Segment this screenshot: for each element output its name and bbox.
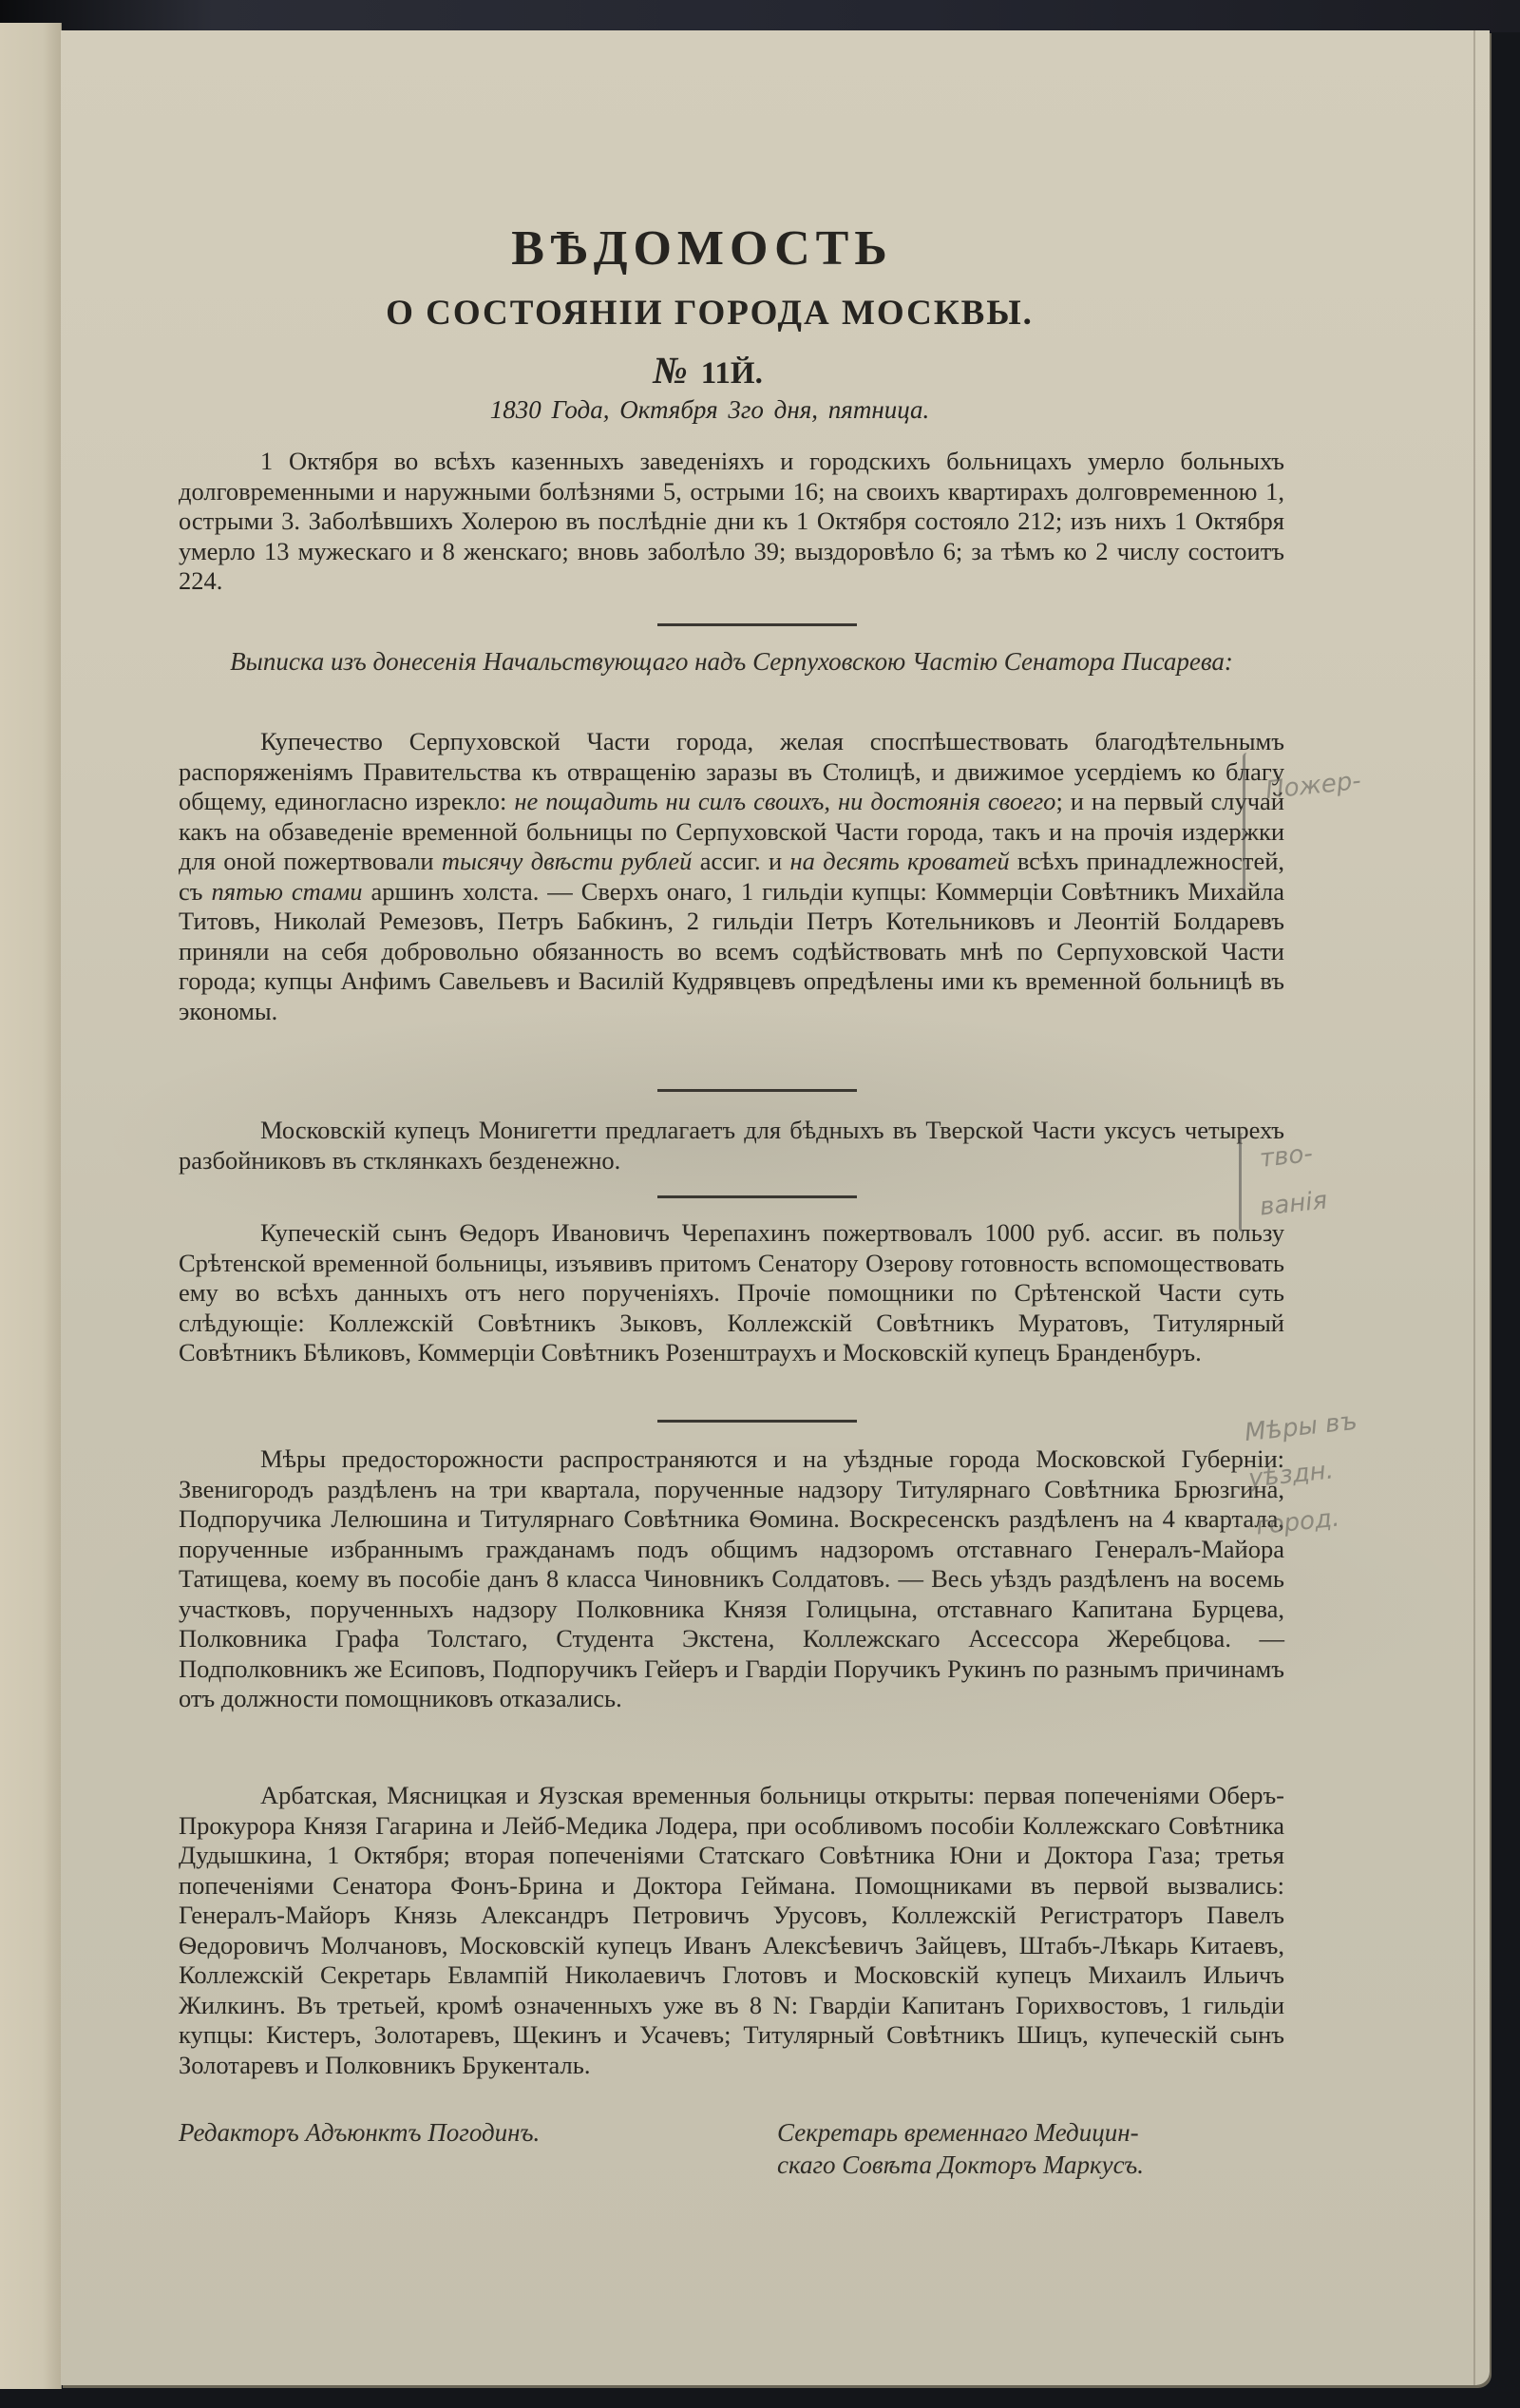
issue-number: №11Й.: [95, 348, 1320, 392]
number-sign: №: [653, 349, 688, 392]
emphasized-text: не пощадить ни силъ своихъ, ни достоянія…: [514, 787, 1055, 815]
page-fold-line: [1473, 30, 1475, 2385]
pencil-bracket: [1243, 753, 1251, 895]
secretary-signature-line2: скаго Совѣта Докторъ Маркусъ.: [777, 2150, 1144, 2181]
margin-note: уѣздн.: [1246, 1451, 1336, 1498]
emphasized-text: пятью стами: [211, 877, 362, 906]
pencil-bracket: [1239, 1133, 1247, 1233]
serpukhov-text: Купечество Серпуховской Части города, же…: [179, 727, 1284, 1025]
emphasized-text: на десять кроватей: [790, 847, 1010, 875]
margin-note: ванія: [1258, 1181, 1329, 1226]
margin-note: город.: [1254, 1499, 1341, 1545]
secretary-signature-line1: Секретарь временнаго Медицин-: [777, 2117, 1139, 2149]
editor-signature: Редакторъ Адъюнктъ Погодинъ.: [179, 2117, 540, 2149]
section-hospitals: Арбатская, Мясницкая и Яузская временныя…: [179, 1781, 1284, 2080]
scan-background-top: [0, 0, 1520, 32]
extract-heading: Выписка изъ донесенія Начальствующаго на…: [179, 646, 1284, 678]
section-monighetti: Московскій купецъ Монигетти предлагаетъ …: [179, 1116, 1284, 1175]
masthead-subtitle: О СОСТОЯНІИ ГОРОДА МОСКВЫ.: [97, 293, 1322, 334]
section-divider: [657, 1195, 857, 1198]
section-divider: [657, 623, 857, 626]
section-divider: [657, 1089, 857, 1092]
monighetti-text: Московскій купецъ Монигетти предлагаетъ …: [179, 1116, 1284, 1175]
adjacent-page-edge: [0, 23, 62, 2389]
mortality-report: 1 Октября во всѣхъ казенныхъ заведеніяхъ…: [179, 447, 1284, 597]
text-run: ассиг. и: [692, 847, 789, 875]
masthead-title: ВѢДОМОСТЬ: [89, 220, 1315, 277]
margin-note: тво-: [1258, 1135, 1315, 1178]
section-uezd: Мѣры предосторожности распространяются и…: [179, 1444, 1284, 1714]
hospitals-text: Арбатская, Мясницкая и Яузская временныя…: [179, 1781, 1284, 2079]
mortality-report-text: 1 Октября во всѣхъ казенныхъ заведеніяхъ…: [179, 447, 1284, 595]
date-line: 1830 Года, Октября 3го дня, пятница.: [97, 395, 1322, 425]
document-page: ВѢДОМОСТЬ О СОСТОЯНІИ ГОРОДА МОСКВЫ. №11…: [61, 30, 1490, 2385]
issue-number-value: 11Й.: [701, 356, 763, 391]
section-cherepakhin: Купеческій сынъ Ѳедоръ Ивановичъ Черепах…: [179, 1218, 1284, 1368]
cherepakhin-text: Купеческій сынъ Ѳедоръ Ивановичъ Черепах…: [179, 1218, 1284, 1366]
section-serpukhov: Купечество Серпуховской Части города, же…: [179, 727, 1284, 1026]
section-divider: [657, 1420, 857, 1423]
uezd-text: Мѣры предосторожности распространяются и…: [179, 1444, 1284, 1712]
margin-note: Мѣры въ: [1243, 1403, 1358, 1452]
emphasized-text: тысячу двѣсти рублей: [442, 847, 693, 875]
